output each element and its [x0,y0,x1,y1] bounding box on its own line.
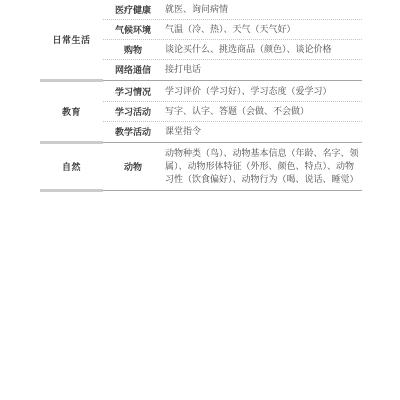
table-row: 教学活动课堂指令 [103,122,362,141]
items-cell: 课堂指令 [163,122,362,141]
subcategory-cell: 动物 [103,157,163,176]
subcategory-cell: 学习情况 [103,82,163,101]
subcategory-cell: 学习活动 [103,102,163,121]
group-separator-thick-bar [40,189,103,192]
group-rows: 动物动物种类（鸟）、动物基本信息（年龄、名字、领属）、动物形体特征（外形、颜色、… [103,144,362,189]
category-cell: 教育 [40,82,103,141]
group-separator-thin-line [103,190,362,191]
items-cell: 气温（冷、热）、天气（天气好） [163,20,362,39]
category-table: 日常生活医疗健康就医、询问病情气候环境气温（冷、热）、天气（天气好）购物谈论买什… [40,0,362,192]
table-group: 日常生活医疗健康就医、询问病情气候环境气温（冷、热）、天气（天气好）购物谈论买什… [40,0,362,79]
items-cell: 接打电话 [163,60,362,79]
subcategory-cell: 购物 [103,40,163,59]
items-cell: 谈论买什么、挑选商品（颜色）、谈论价格 [163,40,362,59]
group-rows: 医疗健康就医、询问病情气候环境气温（冷、热）、天气（天气好）购物谈论买什么、挑选… [103,0,362,79]
table-group: 教育学习情况学习评价（学习好）、学习态度（爱学习）学习活动写字、认字、答题（会做… [40,82,362,141]
items-cell: 动物种类（鸟）、动物基本信息（年龄、名字、领属）、动物形体特征（外形、颜色、特点… [163,144,362,189]
table-row: 医疗健康就医、询问病情 [103,0,362,20]
table-row: 学习活动写字、认字、答题（会做、不会做） [103,102,362,122]
table-row: 动物动物种类（鸟）、动物基本信息（年龄、名字、领属）、动物形体特征（外形、颜色、… [103,144,362,189]
subcategory-cell: 医疗健康 [103,0,163,19]
table-row: 学习情况学习评价（学习好）、学习态度（爱学习） [103,82,362,102]
table-row: 气候环境气温（冷、热）、天气（天气好） [103,20,362,40]
subcategory-cell: 气候环境 [103,20,163,39]
category-cell: 日常生活 [40,0,103,79]
group-rows: 学习情况学习评价（学习好）、学习态度（爱学习）学习活动写字、认字、答题（会做、不… [103,82,362,141]
subcategory-cell: 网络通信 [103,60,163,79]
group-separator-thin-line [103,80,362,81]
table-group: 自然动物动物种类（鸟）、动物基本信息（年龄、名字、领属）、动物形体特征（外形、颜… [40,144,362,189]
group-separator-thin-line [103,142,362,143]
items-cell: 写字、认字、答题（会做、不会做） [163,102,362,121]
group-separator [40,189,362,192]
category-cell: 自然 [40,144,103,189]
table-row: 网络通信接打电话 [103,60,362,79]
table-row: 购物谈论买什么、挑选商品（颜色）、谈论价格 [103,40,362,60]
items-cell: 就医、询问病情 [163,0,362,19]
subcategory-cell: 教学活动 [103,122,163,141]
items-cell: 学习评价（学习好）、学习态度（爱学习） [163,82,362,101]
